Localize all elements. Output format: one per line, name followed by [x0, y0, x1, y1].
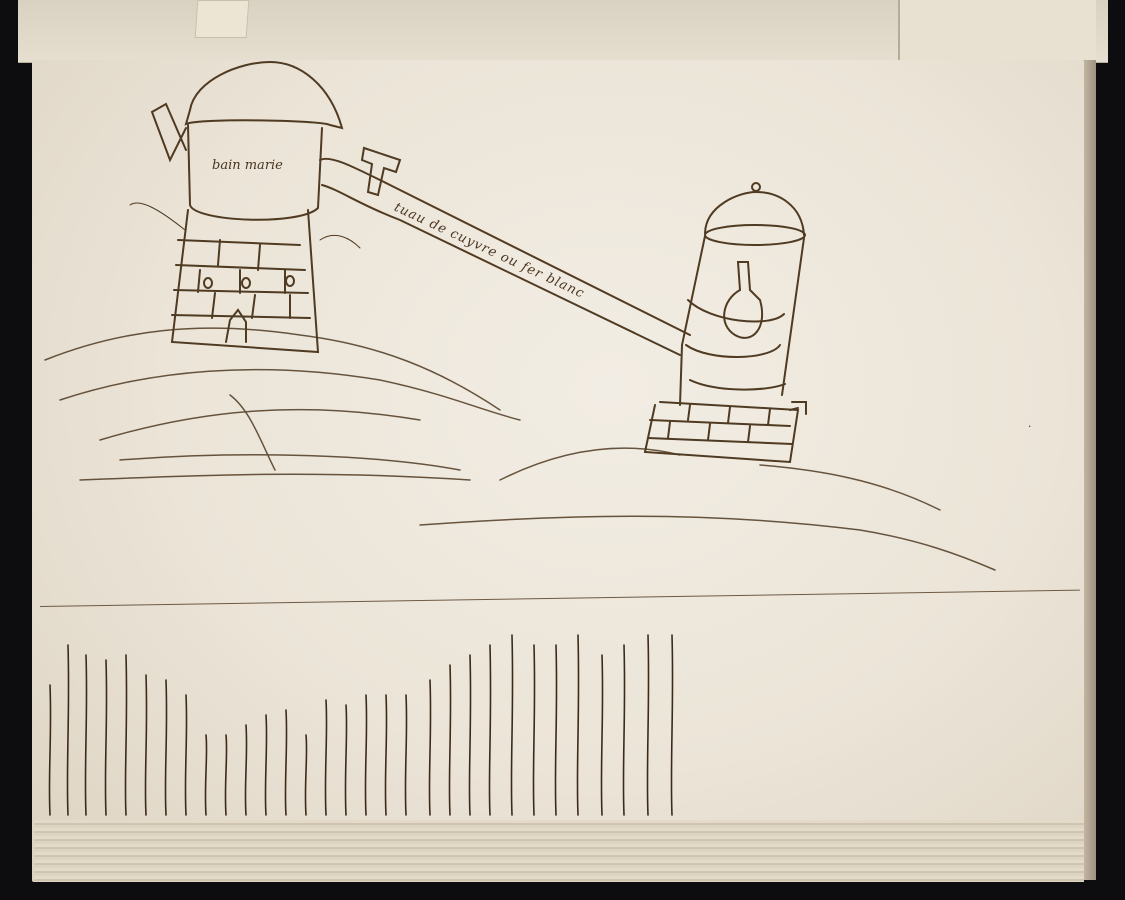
text-columns: [49, 635, 672, 815]
label-bain-marie: bain marie: [212, 158, 283, 173]
vertical-text-block: [40, 625, 920, 825]
handwriting-columns: [40, 625, 920, 825]
bain-marie-furnace-icon: [130, 62, 360, 352]
folio-mark: ·: [1028, 420, 1032, 433]
cooling-vessel-icon: [645, 183, 806, 462]
hills: [45, 328, 995, 570]
